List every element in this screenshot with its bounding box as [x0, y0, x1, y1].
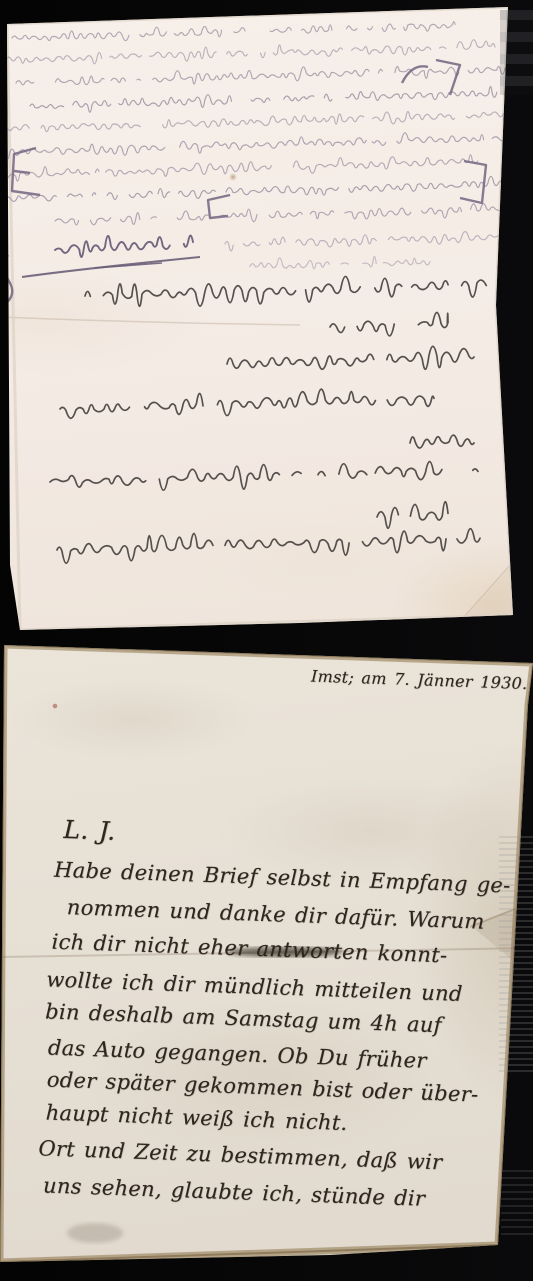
handwriting-line: bin deshalb am Samstag um 4h auf — [45, 1001, 442, 1036]
handwriting-stroke — [2, 133, 512, 159]
paper-crease — [0, 317, 300, 325]
handwriting-line: oder später gekommen bist oder über- — [46, 1070, 478, 1106]
pencil-mark-doodle — [208, 195, 230, 218]
handwriting-stroke — [6, 40, 495, 64]
pencil-mark-doodle — [402, 60, 460, 95]
handwriting-stroke — [55, 235, 193, 257]
letter-bottom-page: Imst; am 7. Jänner 1930. L. J. Habe dein… — [0, 645, 533, 1263]
handwriting-stroke — [85, 276, 513, 306]
handwriting-stroke — [16, 66, 505, 84]
handwriting-line: Ort und Zeit zu bestimmen, daß wir — [38, 1138, 443, 1173]
handwriting-stroke — [330, 312, 448, 335]
handwriting-stroke — [12, 22, 455, 41]
corner-fold-shadow — [448, 561, 516, 637]
handwriting-stroke — [6, 176, 521, 201]
handwriting-stroke — [2, 112, 513, 132]
handwriting-line: Habe deinen Brief selbst in Empfang ge- — [54, 860, 511, 897]
handwriting-stroke — [227, 346, 474, 369]
handwriting-line: uns sehen, glaubte ich, stünde dir — [43, 1175, 426, 1209]
handwriting-line: nommen und danke dir dafür. Warum — [66, 897, 484, 933]
handwriting-stroke — [2, 155, 515, 181]
scan-streak-artifacts — [499, 836, 533, 1076]
handwriting-stroke — [225, 232, 520, 251]
letter-bottom-text: Imst; am 7. Jänner 1930. L. J. Habe dein… — [0, 644, 533, 1280]
handwriting-stroke — [57, 529, 480, 564]
dateline: Imst; am 7. Jänner 1930. — [311, 668, 528, 692]
scanned-letters-photo: Imst; am 7. Jänner 1930. L. J. Habe dein… — [0, 0, 533, 1281]
scan-edge-artifact — [500, 10, 533, 95]
salutation: L. J. — [63, 817, 116, 844]
handwriting-line: wollte ich dir mündlich mitteilen und — [46, 969, 463, 1005]
letter-top-handwriting-svg — [0, 5, 533, 637]
handwriting-stroke — [60, 389, 434, 418]
handwriting-stroke — [55, 204, 520, 225]
letter-top-page — [0, 5, 533, 637]
handwriting-line: das Auto gegangen. Ob Du früher — [48, 1038, 427, 1072]
page-edge — [7, 7, 513, 630]
handwriting-stroke — [30, 86, 508, 112]
handwriting-stroke — [50, 462, 478, 491]
handwriting-stroke — [410, 435, 480, 448]
handwriting-stroke — [377, 502, 448, 529]
handwriting-stroke — [250, 256, 430, 268]
handwriting-line: ich dir nicht eher antworten konnt- — [51, 932, 447, 967]
handwriting-line: haupt nicht weiß ich nicht. — [45, 1102, 348, 1134]
scan-streak-artifacts — [501, 1170, 533, 1240]
